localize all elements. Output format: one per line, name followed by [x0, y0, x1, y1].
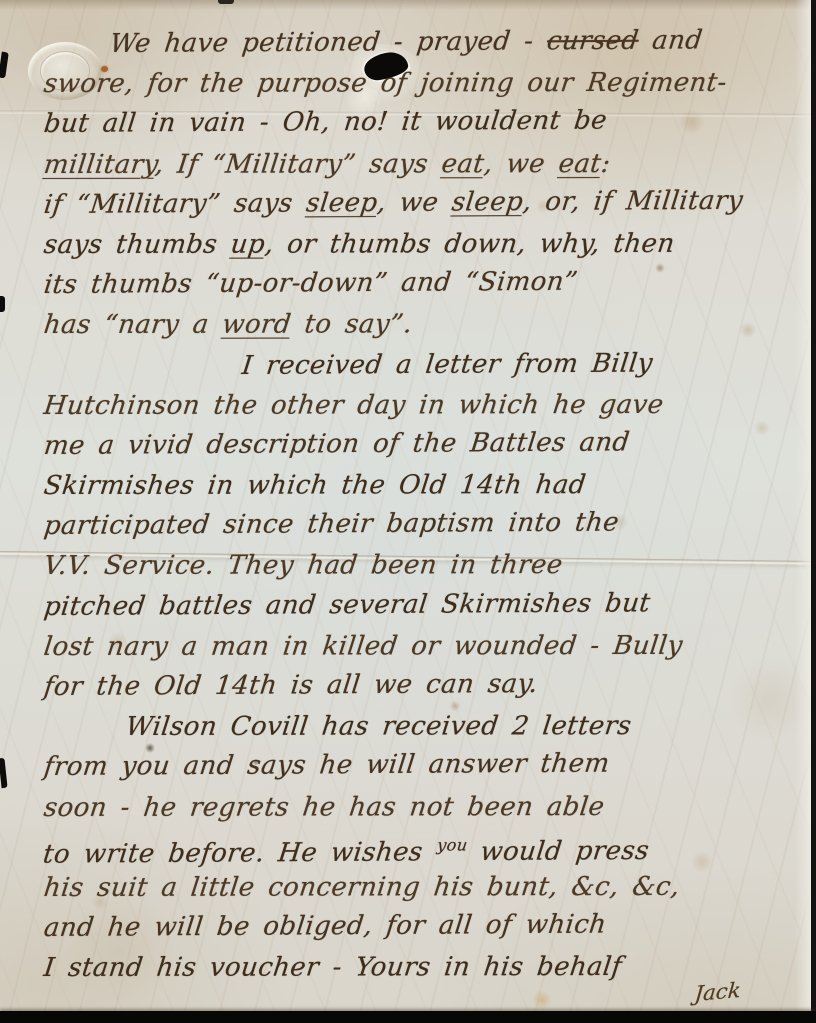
letter-line: Hutchinson the other day in which he gav…: [42, 384, 801, 426]
letter-line: participated since their baptism into th…: [42, 502, 801, 547]
paper-right-edge: [795, 0, 811, 1023]
letter-line: Skirmishes in which the Old 14th had: [42, 465, 801, 507]
letter-line: and he will be obliged, for all of which: [42, 904, 801, 949]
letter-line: pitched battles and several Skirmishes b…: [42, 582, 801, 627]
letter-line: its thumbs “up-or-down” and “Simon”: [42, 261, 801, 306]
letter-line: swore, for the purpose of joining our Re…: [42, 63, 801, 105]
letter-line: soon - he regrets he has not been able: [42, 786, 801, 828]
signature: Jack: [693, 978, 741, 1006]
letter-line: millitary, If “Millitary” says eat, we e…: [42, 143, 801, 185]
letter-line: to write before. He wishes you would pre…: [42, 823, 801, 868]
letter-line: says thumbs up, or thumbs down, why, the…: [42, 224, 801, 266]
letter-scan: We have petitioned - prayed - cursed and…: [0, 0, 816, 1023]
letter-line: I stand his voucher - Yours in his behal…: [42, 947, 801, 989]
letter-line: if “Millitary” says sleep, we sleep, or,…: [42, 180, 801, 225]
letter-line: from you and says he will answer them: [42, 743, 801, 788]
letter-line: me a vivid description of the Battles an…: [42, 421, 801, 466]
letter-line: We have petitioned - prayed - cursed and: [108, 20, 801, 64]
edge-mark: [218, 0, 234, 4]
letter-line: but all in vain - Oh, no! it wouldent be: [42, 100, 801, 145]
scanner-edge-bottom: [0, 1011, 816, 1023]
letter-line: has “nary a word to say”.: [42, 304, 801, 346]
letter-line: I received a letter from Billy: [240, 342, 801, 386]
letter-line: Wilson Covill has received 2 letters: [124, 706, 801, 747]
letter-line: for the Old 14th is all we can say.: [42, 662, 801, 707]
edge-mark: [0, 296, 5, 312]
letter-lines: We have petitioned - prayed - cursed and…: [44, 24, 798, 989]
letter-line: his suit a little concerning his bunt, &…: [42, 867, 801, 909]
scanner-edge-right: [811, 0, 816, 1023]
letter-line: lost nary a man in killed or wounded - B…: [42, 625, 801, 667]
letter-line: V.V. Service. They had been in three: [42, 545, 801, 587]
